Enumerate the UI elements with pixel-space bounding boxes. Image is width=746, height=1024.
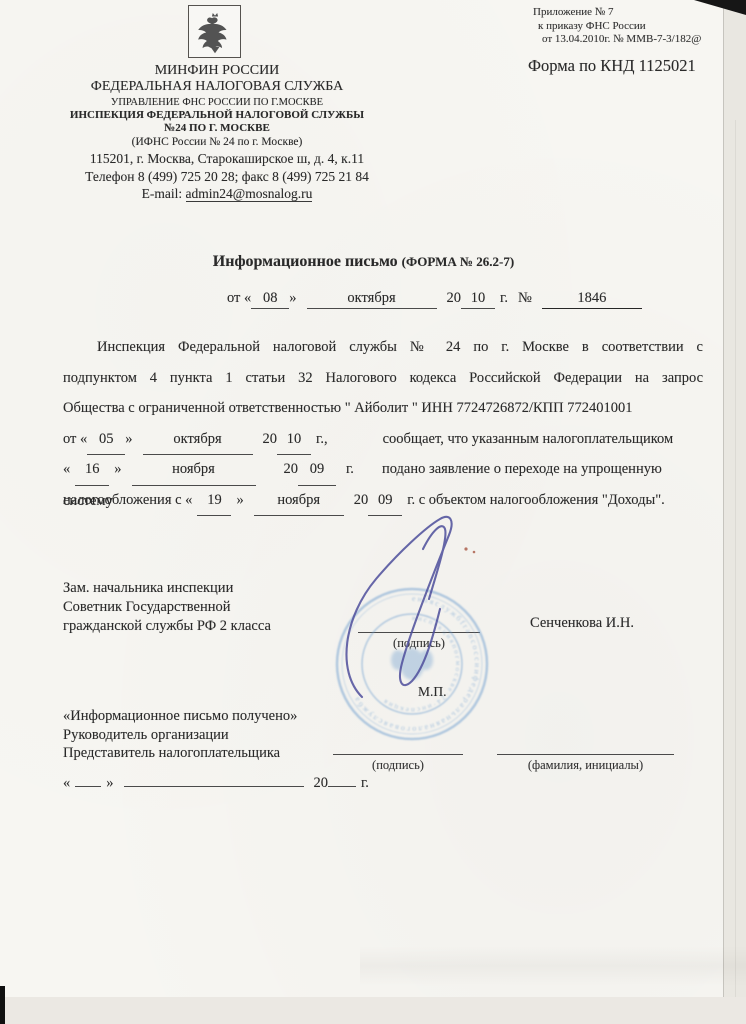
scanned-tax-letter: Приложение № 7 к приказу ФНС России от 1…	[0, 0, 746, 1024]
email-address: admin24@mosnalog.ru	[186, 186, 313, 202]
doc-number-label: №	[518, 290, 532, 306]
request-date-month: октября	[143, 424, 253, 456]
body-line2: подпунктом 4 пункта 1 статьи 32 Налогово…	[63, 363, 703, 394]
date-year-field: 10	[461, 288, 495, 309]
form-knd-code: Форма по КНД 1125021	[528, 56, 696, 76]
request-date-year: 10	[277, 424, 311, 456]
filing-date-g: г.	[346, 461, 354, 477]
received-date-year-blank	[328, 786, 356, 787]
body-line3: Общества с ограниченной ответственностью…	[63, 393, 703, 424]
received-date-g: г.	[361, 775, 369, 791]
double-eagle-emblem	[192, 9, 238, 55]
ministry-name: МИНФИН РОССИИ	[27, 63, 407, 79]
date-century: 20	[447, 290, 462, 306]
contact-block: 115201, г. Москва, Старокаширское ш, д. …	[37, 150, 417, 203]
request-date-from: от «	[63, 431, 87, 447]
paper-crease	[360, 946, 746, 986]
received-date-month-blank	[124, 786, 304, 787]
title-text: Информационное письмо	[213, 253, 398, 270]
signer-post-block: Зам. начальника инспекции Советник Госуд…	[63, 579, 271, 636]
usn-start-day: 19	[197, 485, 231, 517]
appendix-note: Приложение № 7 к приказу ФНС России от 1…	[533, 6, 701, 47]
agency-header: МИНФИН РОССИИ ФЕДЕРАЛЬНАЯ НАЛОГОВАЯ СЛУЖ…	[27, 63, 407, 149]
paper-edge-shadow	[735, 120, 736, 1024]
inspection-name-line2: №24 ПО Г. МОСКВЕ	[27, 122, 407, 135]
received-name-caption: (фамилия, инициалы)	[497, 754, 674, 773]
email-line: E-mail: admin24@mosnalog.ru	[37, 185, 417, 203]
appendix-note-line3: от 13.04.2010г. № ММВ-7-3/182@	[533, 33, 701, 47]
filing-date-year: 09	[298, 454, 336, 486]
filing-date-quote: »	[114, 461, 121, 477]
body-line4-text: сообщает, что указанным налогоплательщик…	[383, 431, 674, 447]
email-label: E-mail:	[142, 186, 183, 201]
filing-date-open: «	[63, 461, 70, 477]
postal-address: 115201, г. Москва, Старокаширское ш, д. …	[37, 150, 417, 168]
request-date-century: 20	[263, 431, 278, 447]
letter-body: Инспекция Федеральной налоговой службы №…	[63, 332, 703, 515]
usn-start-lead: налогообложения с «	[63, 492, 192, 508]
appendix-note-line1: Приложение № 7	[533, 6, 701, 20]
filing-date-day: 16	[75, 454, 109, 486]
received-date-open: «	[63, 775, 70, 791]
date-day-field: 08	[251, 288, 289, 309]
filing-date-century: 20	[284, 461, 299, 477]
date-quote-close: »	[289, 290, 296, 306]
appendix-note-line2: к приказу ФНС России	[533, 20, 701, 34]
signer-post-line3: гражданской службы РФ 2 класса	[63, 617, 271, 636]
received-line1: «Информационное письмо получено»	[63, 707, 297, 726]
received-date-century: 20	[314, 775, 329, 791]
date-g-label: г.	[500, 290, 508, 306]
doc-number-field: 1846	[542, 288, 642, 309]
inspection-short-name: (ИФНС России № 24 по г. Москве)	[27, 135, 407, 149]
handwritten-signature	[328, 505, 498, 715]
usn-start-quote: »	[236, 492, 243, 508]
paper-right-edge	[723, 0, 724, 1024]
phone-fax: Телефон 8 (499) 725 20 28; факс 8 (499) …	[37, 168, 417, 186]
filing-date-month: ноября	[132, 454, 256, 486]
management-name: УПРАВЛЕНИЕ ФНС РОССИИ ПО Г.МОСКВЕ	[27, 96, 407, 109]
received-date-line: «»20г.	[63, 773, 369, 793]
document-date-line: от «08»октября2010г.№1846	[227, 288, 642, 309]
service-name: ФЕДЕРАЛЬНАЯ НАЛОГОВАЯ СЛУЖБА	[27, 79, 407, 95]
received-block: «Информационное письмо получено» Руковод…	[63, 707, 297, 763]
scan-bottom-left-artifact	[0, 986, 5, 1024]
received-signature-caption: (подпись)	[333, 754, 463, 773]
body-line5: «16»ноября2009г.подано заявление о перех…	[63, 454, 703, 485]
received-date-day-blank	[75, 786, 101, 787]
ink-specks	[464, 547, 475, 553]
body-line4: от «05»октября2010г.,сообщает, что указа…	[63, 424, 703, 455]
coat-of-arms-icon	[188, 5, 241, 58]
request-date-g: г.,	[316, 431, 328, 447]
signer-post-line1: Зам. начальника инспекции	[63, 579, 271, 598]
date-month-field: октября	[307, 288, 437, 309]
signer-post-line2: Советник Государственной	[63, 598, 271, 617]
request-date-day: 05	[87, 424, 125, 456]
received-date-close: »	[106, 775, 113, 791]
request-date-quote: »	[125, 431, 132, 447]
received-line2: Руководитель организации	[63, 726, 297, 745]
inspection-name-line1: ИНСПЕКЦИЯ ФЕДЕРАЛЬНОЙ НАЛОГОВОЙ СЛУЖБЫ	[27, 109, 407, 122]
scan-bottom-edge-band	[0, 997, 746, 1024]
received-line3: Представитель налогоплательщика	[63, 744, 297, 763]
body-line1: Инспекция Федеральной налоговой службы №…	[63, 332, 703, 363]
scan-corner-artifact	[694, 0, 746, 15]
signer-name: Сенченкова И.Н.	[530, 615, 634, 632]
date-from-label: от «	[227, 290, 251, 306]
title-form-ref: (ФОРМА № 26.2-7)	[402, 254, 515, 269]
document-title: Информационное письмо (ФОРМА № 26.2-7)	[0, 253, 727, 271]
